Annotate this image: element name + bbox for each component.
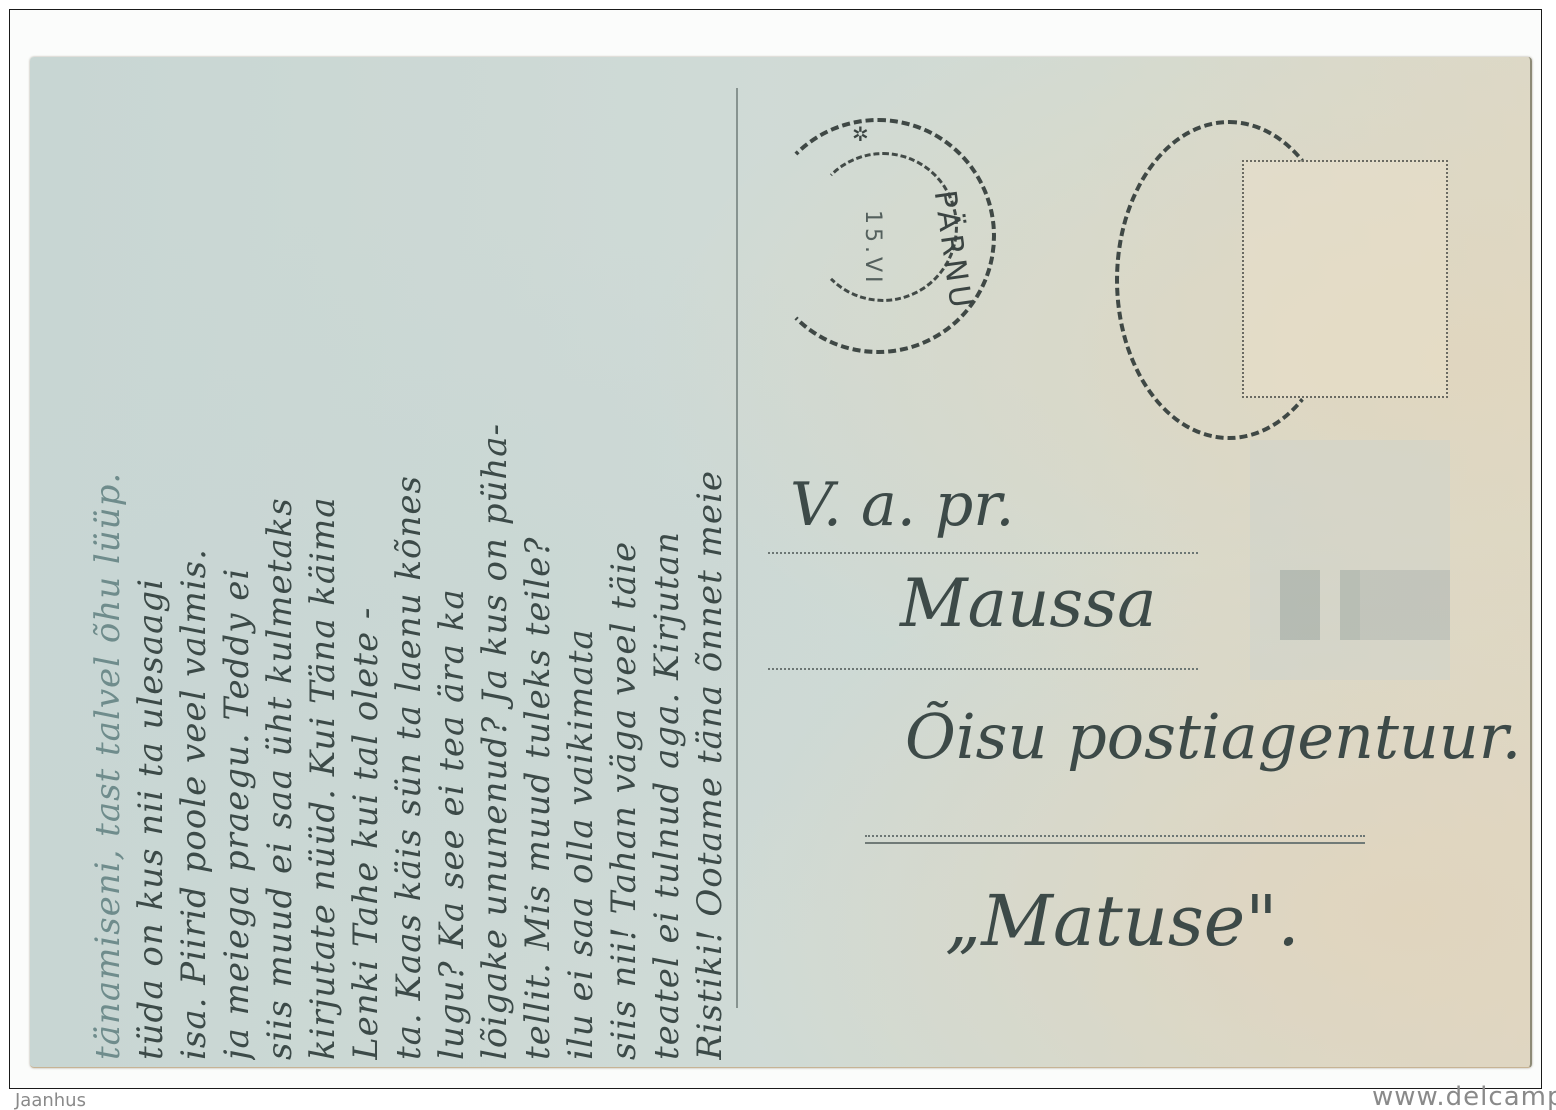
address-line-1: V. a. pr. xyxy=(790,470,1014,540)
postmark-date: 15.VI xyxy=(860,210,885,287)
message-line: Ristiki! Ootame täna õnnet meie xyxy=(690,70,730,1060)
postmark-star-icon: ✲ xyxy=(852,122,869,146)
message-line: ja meiega praegu. Teddy ei xyxy=(217,70,257,1060)
message-line: isa. Piirid poole veel valmis. xyxy=(174,70,214,1060)
message-line: siis nii! Tahan väga veel täie xyxy=(604,70,644,1060)
message-line: ilu ei saa olla vaikimata xyxy=(561,70,601,1060)
handwritten-message: Ristiki! Ootame täna õnnet meie teatel e… xyxy=(50,70,740,1060)
address-line-4: „Matuse". xyxy=(945,880,1300,962)
message-line: ta. Kaas käis sün ta laenu kõnes xyxy=(389,70,429,1060)
site-watermark: www.delcampe.net xyxy=(1372,1082,1556,1110)
address-dotted-line xyxy=(768,668,1198,670)
message-line: kirjutate nüüd. Kui Täna käima xyxy=(303,70,343,1060)
address-line-3: Õisu postiagentuur. xyxy=(905,700,1521,773)
message-line: tüda on kus nii ta ulesaagi xyxy=(131,70,171,1060)
message-line: teatel ei tulnud aga. Kirjutan xyxy=(647,70,687,1060)
stamp-box xyxy=(1242,160,1448,398)
message-line: lõigake ununenud? Ja kus on püha- xyxy=(475,70,515,1060)
message-line: Lenki Tahe kui tal olete - xyxy=(346,70,386,1060)
seller-watermark: Jaanhus xyxy=(15,1090,86,1110)
message-line: tänamiseni, tast talvel õhu lüüp. xyxy=(88,70,128,1060)
message-line: siis muud ei saa üht kulmetaks xyxy=(260,70,300,1060)
message-line: tellit. Mis muud tuleks teile? xyxy=(518,70,558,1060)
address-solid-line xyxy=(865,842,1365,844)
address-line-2: Maussa xyxy=(900,565,1157,642)
address-dotted-line xyxy=(768,552,1198,554)
redaction-overlay xyxy=(1250,440,1450,680)
address-dotted-line xyxy=(865,835,1365,837)
message-line: lugu? Ka see ei tea ära ka xyxy=(432,70,472,1060)
